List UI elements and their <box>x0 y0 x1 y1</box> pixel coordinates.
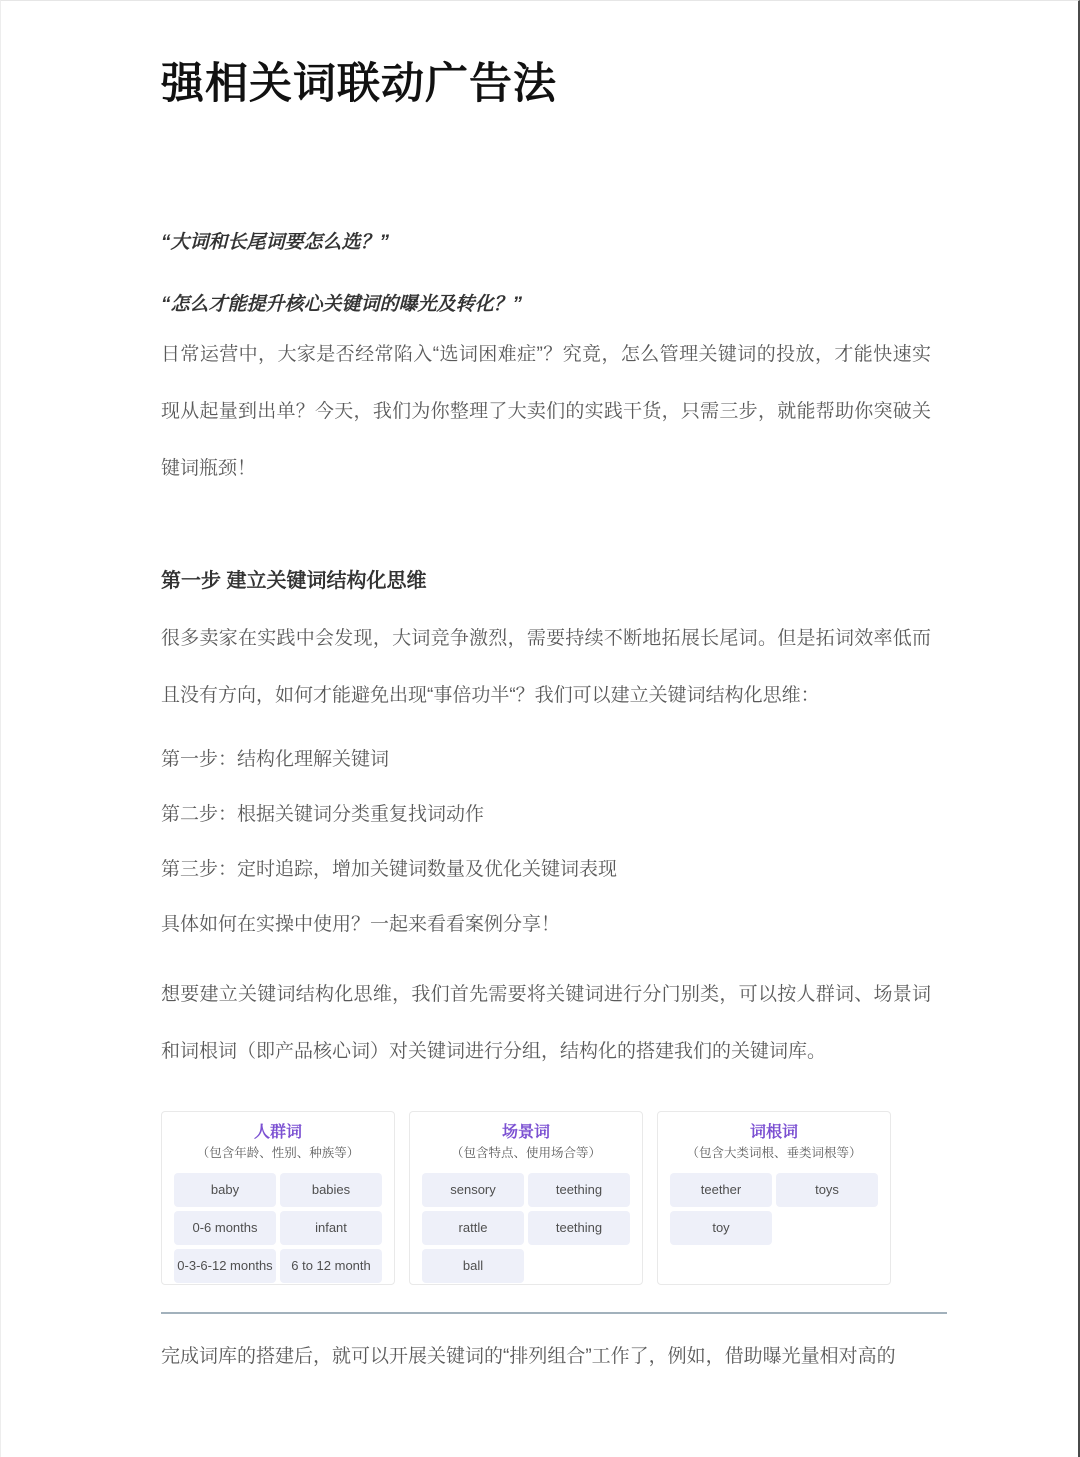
keyword-tag: teething <box>528 1211 630 1245</box>
cta-line: 具体如何在实操中使用？一起来看看案例分享！ <box>161 911 928 939</box>
card-tags-root: teether toys toy <box>670 1173 878 1245</box>
card-tags-audience: baby babies 0-6 months infant 0-3-6-12 m… <box>174 1173 382 1283</box>
keyword-tag: ball <box>422 1249 524 1283</box>
keyword-cards-row: 人群词 （包含年龄、性别、种族等） baby babies 0-6 months… <box>161 1111 928 1285</box>
keyword-tag: teething <box>528 1173 630 1207</box>
page-title: 强相关词联动广告法 <box>161 59 928 111</box>
article: 强相关词联动广告法 “大词和长尾词要怎么选？” “怎么才能提升核心关键词的曝光及… <box>1 1 1078 1385</box>
steps-list: 第一步：结构化理解关键词 第二步：根据关键词分类重复找词动作 第三步：定时追踪，… <box>161 746 928 939</box>
keyword-tag: toys <box>776 1173 878 1207</box>
card-title-scenario: 场景词 <box>422 1123 630 1143</box>
step-line-2: 第二步：根据关键词分类重复找词动作 <box>161 801 928 829</box>
keyword-tag: 0-3-6-12 months <box>174 1249 276 1283</box>
keyword-tag: baby <box>174 1173 276 1207</box>
section-divider <box>161 1312 947 1314</box>
intro-quote-2: “怎么才能提升核心关键词的曝光及转化？” <box>161 291 928 318</box>
keyword-tag: teether <box>670 1173 772 1207</box>
keyword-tag: babies <box>280 1173 382 1207</box>
keyword-tag: sensory <box>422 1173 524 1207</box>
section-heading-step1: 第一步 建立关键词结构化思维 <box>161 567 928 595</box>
intro-quote-1: “大词和长尾词要怎么选？” <box>161 229 928 256</box>
card-title-audience: 人群词 <box>174 1123 382 1143</box>
card-title-root: 词根词 <box>670 1123 878 1143</box>
section1-paragraph-2: 想要建立关键词结构化思维，我们首先需要将关键词进行分门别类，可以按人群词、场景词… <box>161 966 931 1080</box>
keyword-tag: 0-6 months <box>174 1211 276 1245</box>
card-subtitle-audience: （包含年龄、性别、种族等） <box>174 1145 382 1162</box>
step-line-1: 第一步：结构化理解关键词 <box>161 746 928 774</box>
keyword-tag: 6 to 12 month <box>280 1249 382 1283</box>
card-subtitle-root: （包含大类词根、垂类词根等） <box>670 1145 878 1162</box>
step-line-3: 第三步：定时追踪，增加关键词数量及优化关键词表现 <box>161 856 928 884</box>
keyword-tag: infant <box>280 1211 382 1245</box>
card-subtitle-scenario: （包含特点、使用场合等） <box>422 1145 630 1162</box>
keyword-tag: rattle <box>422 1211 524 1245</box>
card-tags-scenario: sensory teething rattle teething ball <box>422 1173 630 1283</box>
section1-paragraph-1: 很多卖家在实践中会发现，大词竞争激烈，需要持续不断地拓展长尾词。但是拓词效率低而… <box>161 610 931 724</box>
footer-paragraph: 完成词库的搭建后，就可以开展关键词的“排列组合”工作了，例如，借助曝光量相对高的 <box>161 1328 931 1385</box>
keyword-tag: toy <box>670 1211 772 1245</box>
intro-paragraph: 日常运营中，大家是否经常陷入“选词困难症”？究竟，怎么管理关键词的投放，才能快速… <box>161 326 931 497</box>
keyword-card-audience: 人群词 （包含年龄、性别、种族等） baby babies 0-6 months… <box>161 1111 395 1285</box>
keyword-card-root: 词根词 （包含大类词根、垂类词根等） teether toys toy <box>657 1111 891 1285</box>
keyword-card-scenario: 场景词 （包含特点、使用场合等） sensory teething rattle… <box>409 1111 643 1285</box>
